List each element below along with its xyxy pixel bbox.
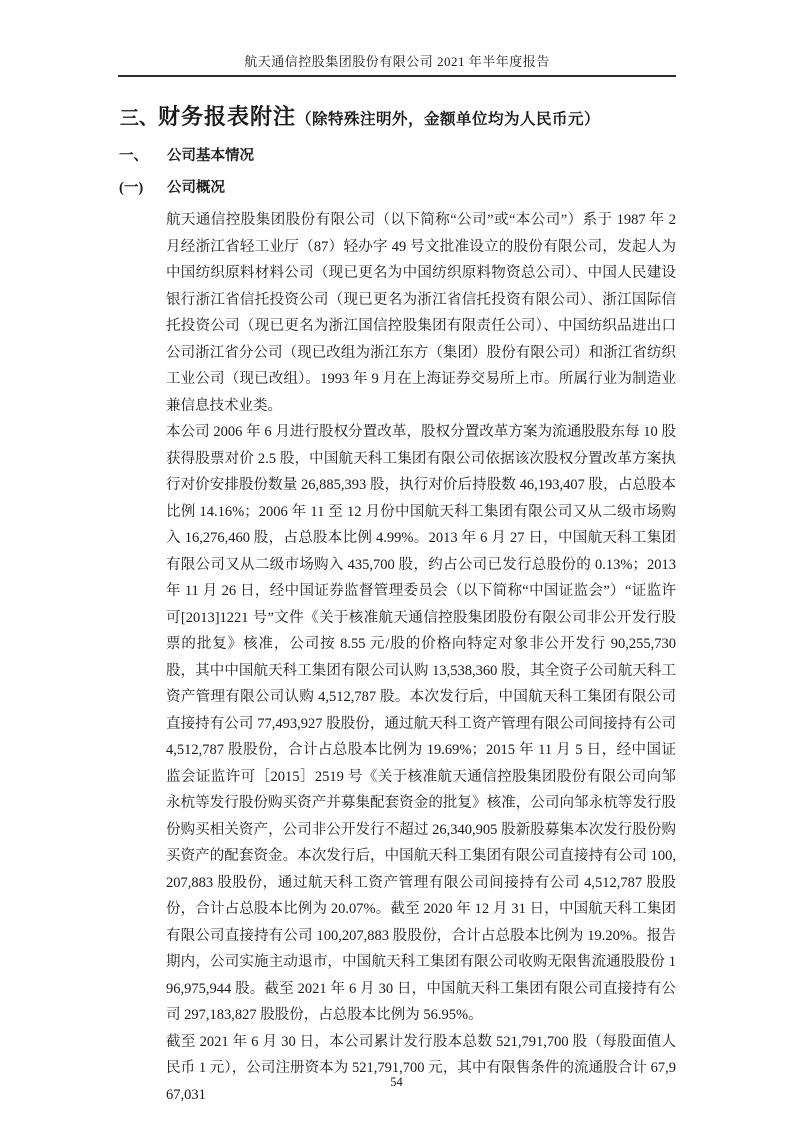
section-number: 三、	[120, 108, 158, 129]
section-title-note: （除特殊注明外，金额单位均为人民币元）	[296, 111, 600, 128]
subsection-number: 一、	[119, 146, 167, 166]
paragraph-registered-capital: 截至 2021 年 6 月 30 日，本公司累计发行股本总数 521,791,7…	[166, 1029, 676, 1109]
subsection-heading-company-profile: (一) 公司概况	[119, 178, 676, 198]
body-text: 航天通信控股集团股份有限公司（以下简称“公司”或“本公司”）系于 1987 年 …	[166, 207, 676, 1108]
page-header-title: 航天通信控股集团股份有限公司 2021 年半年度报告	[118, 51, 676, 70]
page-header: 航天通信控股集团股份有限公司 2021 年半年度报告	[118, 51, 676, 77]
subsection-number: (一)	[119, 178, 167, 198]
subsection-heading-basic-info: 一、 公司基本情况	[119, 146, 676, 166]
subsection-title: 公司概况	[167, 178, 225, 198]
report-page: 航天通信控股集团股份有限公司 2021 年半年度报告 三、财务报表附注（除特殊注…	[0, 0, 793, 1122]
paragraph-company-establishment: 航天通信控股集团股份有限公司（以下简称“公司”或“本公司”）系于 1987 年 …	[166, 207, 676, 419]
subsection-title: 公司基本情况	[167, 146, 254, 166]
section-heading: 三、财务报表附注（除特殊注明外，金额单位均为人民币元）	[120, 103, 683, 134]
paragraph-shareholding-history: 本公司 2006 年 6 月进行股权分置改革，股权分置改革方案为流通股股东每 1…	[166, 419, 676, 1029]
page-footer: 54	[0, 1075, 793, 1090]
page-number: 54	[390, 1075, 403, 1089]
section-title: 财务报表附注	[158, 104, 296, 129]
